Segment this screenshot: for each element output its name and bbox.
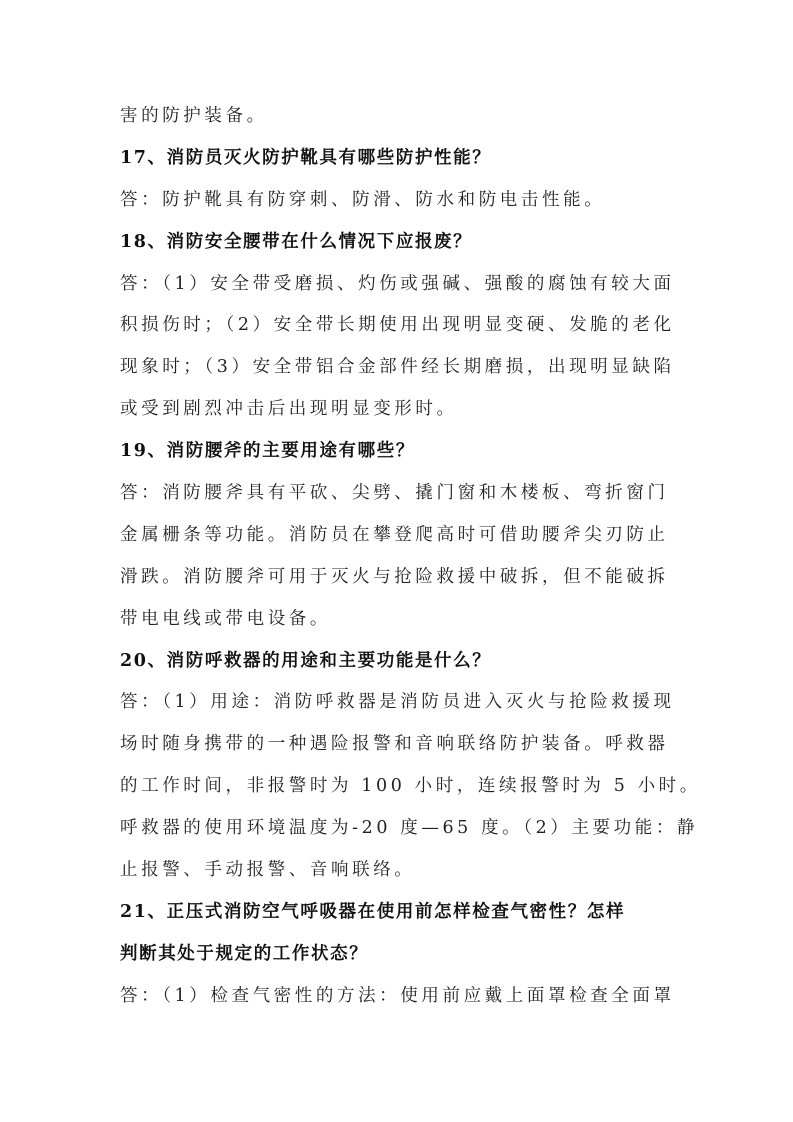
answer-text-line: 带电电线或带电设备。 xyxy=(120,599,675,641)
question-heading-21: 21、正压式消防空气呼吸器在使用前怎样检查气密性？怎样 xyxy=(120,892,675,934)
answer-text-line: 场时随身携带的一种遇险报警和音响联络防护装备。呼救器 xyxy=(120,724,675,766)
answer-text-line: 答：防护靴具有防穿刺、防滑、防水和防电击性能。 xyxy=(120,180,675,222)
answer-text-line: 害的防护装备。 xyxy=(120,96,675,138)
answer-text-line: 答：（1）安全带受磨损、灼伤或强碱、强酸的腐蚀有较大面 xyxy=(120,264,675,306)
question-heading-19: 19、消防腰斧的主要用途有哪些？ xyxy=(120,431,675,473)
answer-text-line: 答：（1）用途：消防呼救器是消防员进入灭火与抢险救援现 xyxy=(120,682,675,724)
answer-text-line: 呼救器的使用环境温度为-20 度—65 度。（2）主要功能：静 xyxy=(120,808,675,850)
question-heading-17: 17、消防员灭火防护靴具有哪些防护性能？ xyxy=(120,138,675,180)
answer-text-line: 现象时；（3）安全带铝合金部件经长期磨损，出现明显缺陷 xyxy=(120,347,675,389)
question-heading-18: 18、消防安全腰带在什么情况下应报废？ xyxy=(120,222,675,264)
document-page: 害的防护装备。 17、消防员灭火防护靴具有哪些防护性能？ 答：防护靴具有防穿刺、… xyxy=(0,0,793,1122)
question-heading-20: 20、消防呼救器的用途和主要功能是什么？ xyxy=(120,641,675,683)
answer-text-line: 答：消防腰斧具有平砍、尖劈、撬门窗和木楼板、弯折窗门 xyxy=(120,473,675,515)
answer-text-line: 止报警、手动报警、音响联络。 xyxy=(120,850,675,892)
answer-text-line: 或受到剧烈冲击后出现明显变形时。 xyxy=(120,389,675,431)
document-body: 害的防护装备。 17、消防员灭火防护靴具有哪些防护性能？ 答：防护靴具有防穿刺、… xyxy=(120,96,675,1018)
answer-text-line: 积损伤时；（2）安全带长期使用出现明显变硬、发脆的老化 xyxy=(120,305,675,347)
answer-text-line: 滑跌。消防腰斧可用于灭火与抢险救援中破拆，但不能破拆 xyxy=(120,557,675,599)
answer-text-line: 的工作时间，非报警时为 100 小时，连续报警时为 5 小时。 xyxy=(120,766,675,808)
answer-text-line: 金属栅条等功能。消防员在攀登爬高时可借助腰斧尖刃防止 xyxy=(120,515,675,557)
answer-text-line: 答：（1）检查气密性的方法：使用前应戴上面罩检查全面罩 xyxy=(120,976,675,1018)
question-heading-21-cont: 判断其处于规定的工作状态？ xyxy=(120,934,675,976)
